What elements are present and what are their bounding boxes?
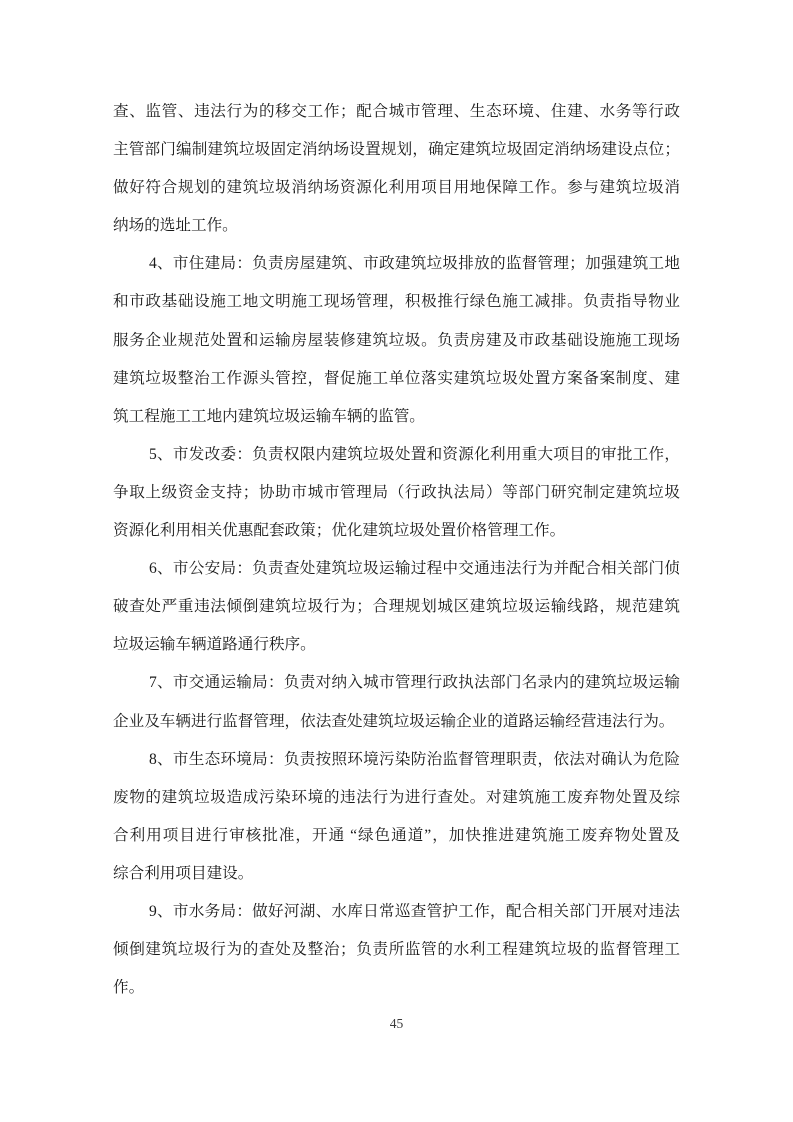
text-line: 建筑垃圾整治工作源头管控，督促施工单位落实建筑垃圾处置方案备案制度、建 xyxy=(113,360,680,398)
text-line: 垃圾运输车辆道路通行秩序。 xyxy=(113,626,680,664)
text-line: 和市政基础设施工地文明施工现场管理，积极推行绿色施工减排。负责指导物业 xyxy=(113,283,680,321)
text-line: 做好符合规划的建筑垃圾消纳场资源化利用项目用地保障工作。参与建筑垃圾消 xyxy=(113,169,680,207)
text-line: 4、市住建局：负责房屋建筑、市政建筑垃圾排放的监督管理；加强建筑工地 xyxy=(113,245,680,283)
text-line: 纳场的选址工作。 xyxy=(113,207,680,245)
text-line: 企业及车辆进行监督管理，依法查处建筑垃圾运输企业的道路运输经营违法行为。 xyxy=(113,703,680,741)
text-line: 资源化利用相关优惠配套政策；优化建筑垃圾处置价格管理工作。 xyxy=(113,512,680,550)
text-line: 服务企业规范处置和运输房屋装修建筑垃圾。负责房建及市政基础设施施工现场 xyxy=(113,322,680,360)
text-line: 7、市交通运输局：负责对纳入城市管理行政执法部门名录内的建筑垃圾运输 xyxy=(113,664,680,702)
text-line: 合利用项目进行审核批准，开通 “绿色通道”，加快推进建筑施工废弃物处置及 xyxy=(113,817,680,855)
document-body: 查、监管、违法行为的移交工作；配合城市管理、生态环境、住建、水务等行政主管部门编… xyxy=(113,93,680,1007)
text-line: 6、市公安局：负责查处建筑垃圾运输过程中交通违法行为并配合相关部门侦 xyxy=(113,550,680,588)
text-line: 破查处严重违法倾倒建筑垃圾行为；合理规划城区建筑垃圾运输线路，规范建筑 xyxy=(113,588,680,626)
text-line: 废物的建筑垃圾造成污染环境的违法行为进行查处。对建筑施工废弃物处置及综 xyxy=(113,779,680,817)
page-number: 45 xyxy=(0,1016,793,1032)
text-line: 筑工程施工工地内建筑垃圾运输车辆的监管。 xyxy=(113,398,680,436)
text-line: 倾倒建筑垃圾行为的查处及整治；负责所监管的水利工程建筑垃圾的监督管理工 xyxy=(113,931,680,969)
text-line: 主管部门编制建筑垃圾固定消纳场设置规划，确定建筑垃圾固定消纳场建设点位； xyxy=(113,131,680,169)
text-line: 5、市发改委：负责权限内建筑垃圾处置和资源化利用重大项目的审批工作， xyxy=(113,436,680,474)
text-line: 争取上级资金支持；协助市城市管理局（行政执法局）等部门研究制定建筑垃圾 xyxy=(113,474,680,512)
text-line: 9、市水务局：做好河湖、水库日常巡查管护工作，配合相关部门开展对违法 xyxy=(113,893,680,931)
text-line: 综合利用项目建设。 xyxy=(113,855,680,893)
document-page: 查、监管、违法行为的移交工作；配合城市管理、生态环境、住建、水务等行政主管部门编… xyxy=(0,0,793,1122)
text-line: 查、监管、违法行为的移交工作；配合城市管理、生态环境、住建、水务等行政 xyxy=(113,93,680,131)
text-line: 作。 xyxy=(113,969,680,1007)
text-line: 8、市生态环境局：负责按照环境污染防治监督管理职责，依法对确认为危险 xyxy=(113,741,680,779)
